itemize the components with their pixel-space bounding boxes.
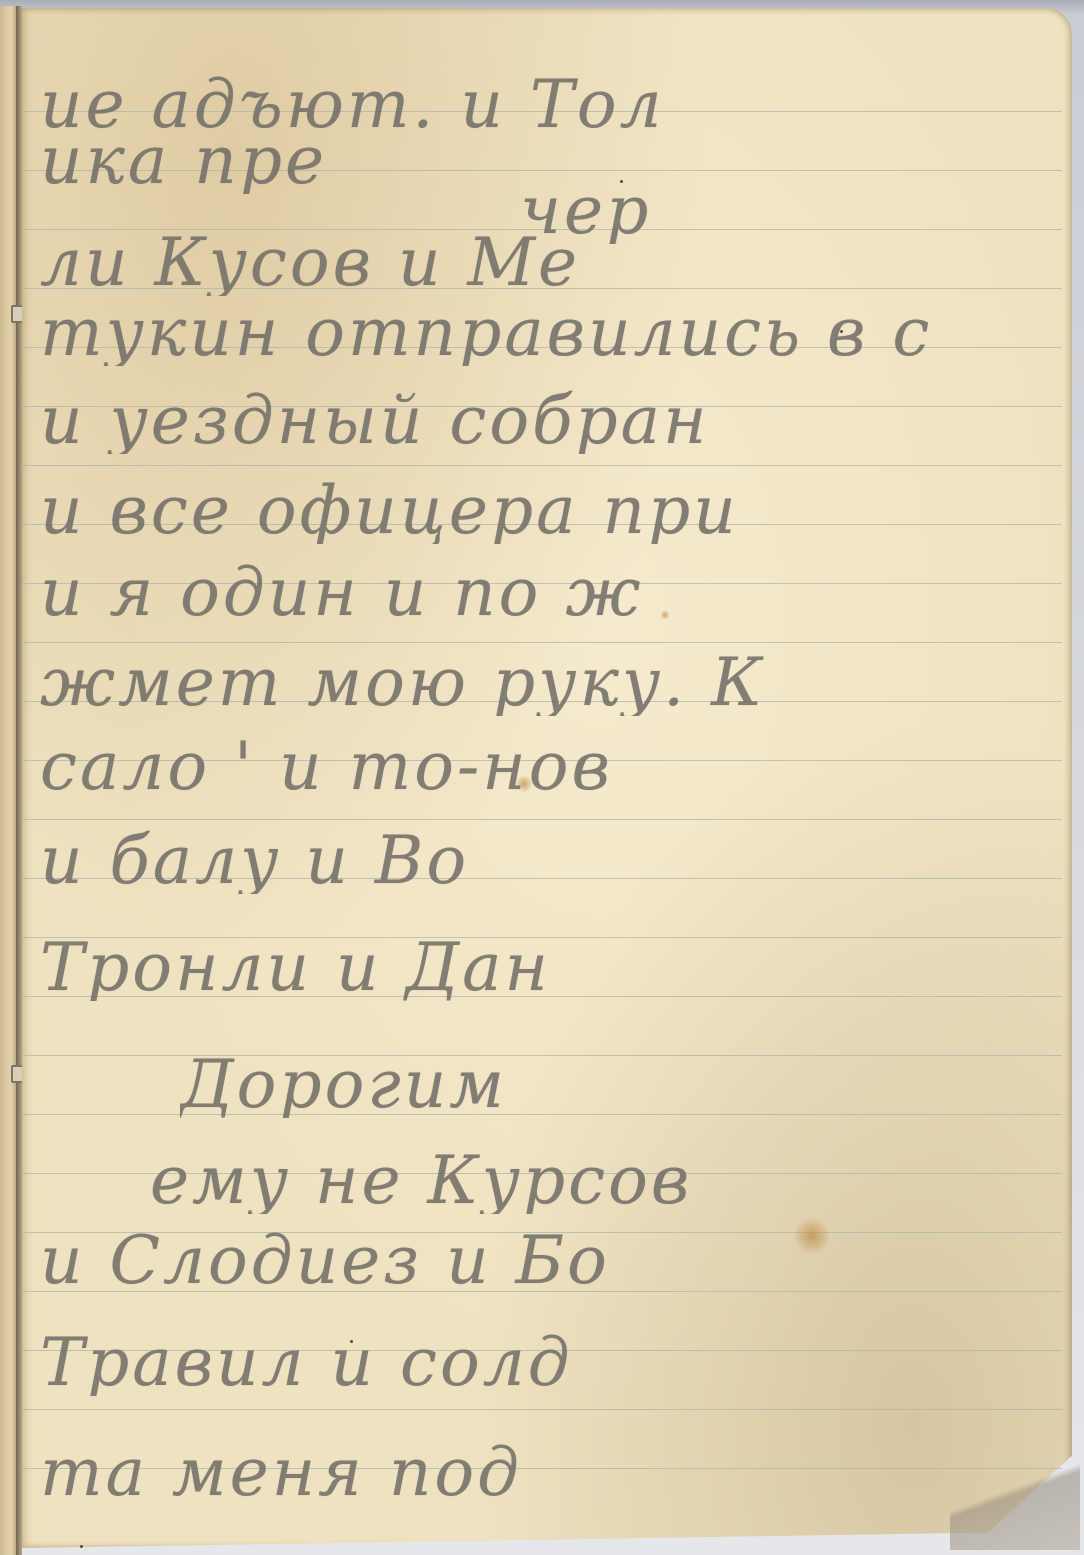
handwritten-line: и я один и по ж — [40, 560, 1070, 626]
handwritten-line: Травил и солд — [40, 1330, 1070, 1396]
ruled-line — [22, 819, 1062, 820]
handwritten-line: ему не Курсов — [150, 1148, 1084, 1214]
handwritten-line: и балу и Во — [40, 828, 1070, 894]
handwritten-line: и все офицера при — [40, 478, 1070, 544]
ruled-line — [22, 465, 1062, 466]
handwritten-line: та меня под — [40, 1440, 1070, 1506]
ruled-line — [22, 1409, 1062, 1410]
handwritten-line: тукин отправились в с — [40, 300, 1070, 366]
ruled-line — [22, 642, 1062, 643]
speck — [80, 1545, 83, 1548]
handwritten-line: сало ' и то-нов — [40, 734, 1070, 800]
handwritten-line: и уездный собран — [40, 388, 1070, 454]
handwritten-line: и Слодиез и Бо — [40, 1228, 1070, 1294]
handwritten-line: Тронли и Дан — [40, 935, 1070, 1001]
handwritten-line: Дорогим — [180, 1052, 1084, 1118]
handwritten-line: ли Кусов и Ме — [40, 230, 1070, 296]
handwritten-line: жмет мою руку. К — [40, 650, 1070, 716]
binding-gutter — [16, 6, 22, 1555]
